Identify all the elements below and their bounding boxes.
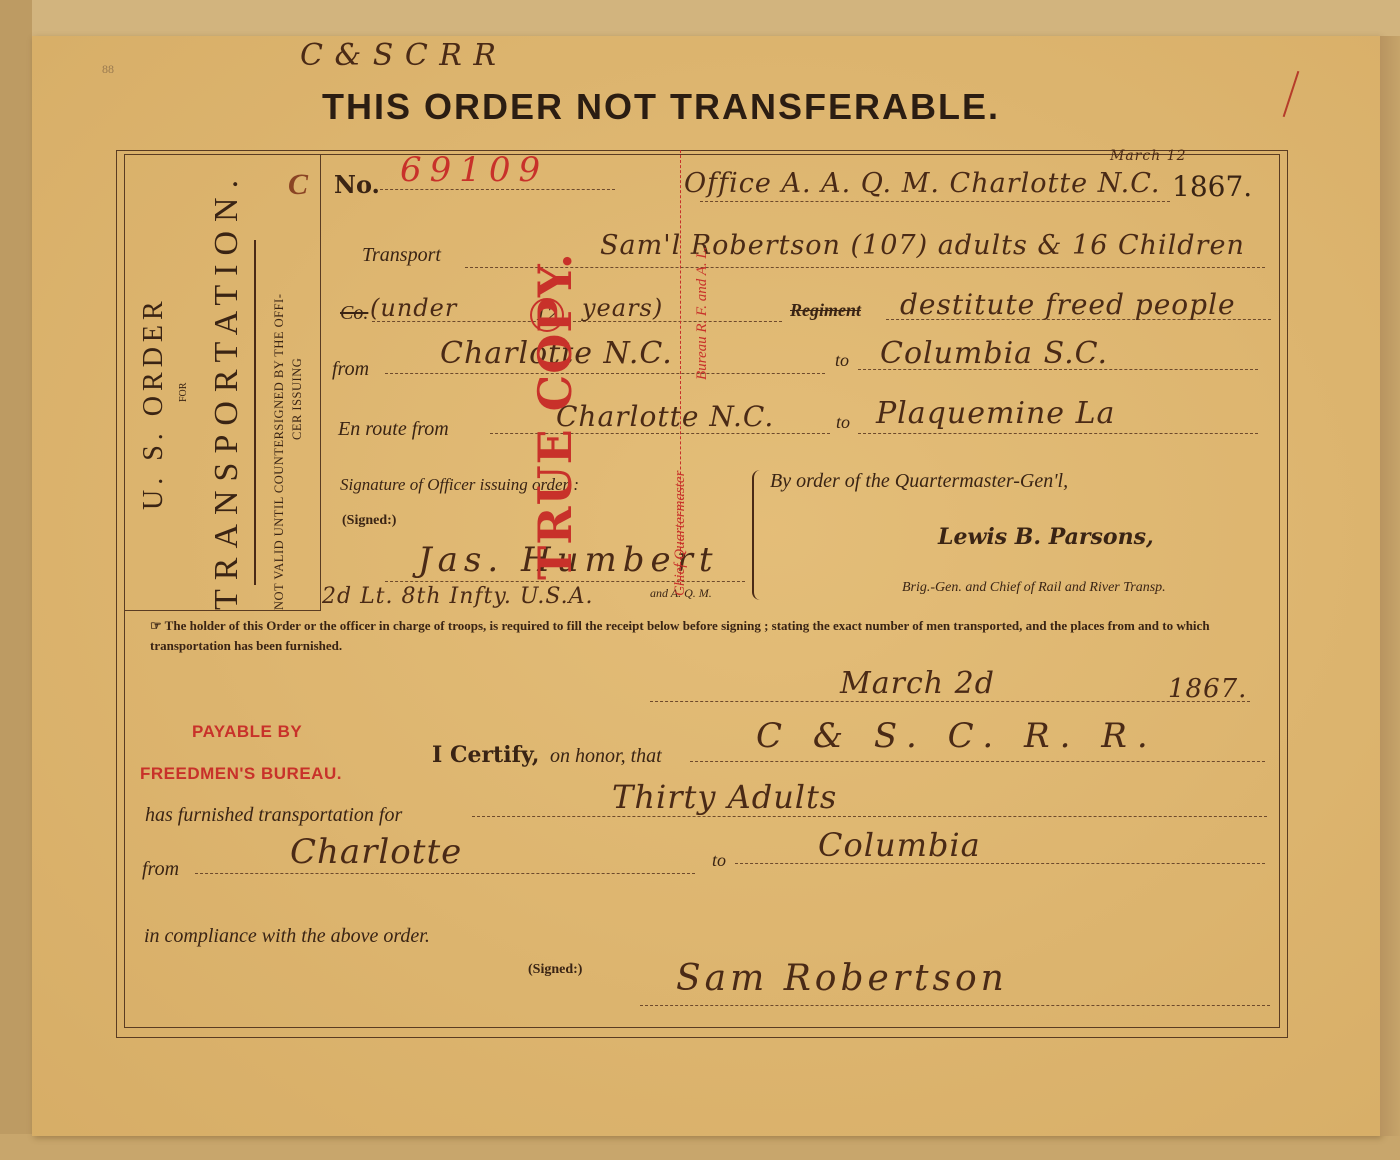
series-letter: C <box>288 168 308 202</box>
to-value: Columbia S.C. <box>880 336 1108 371</box>
office-line <box>700 200 1170 202</box>
title-transportation: TRANSPORTATION. <box>208 171 246 610</box>
enroute-label: En route from <box>338 418 449 441</box>
co-label: Co. <box>340 302 368 325</box>
receipt-signature: Sam Robertson <box>676 958 1008 999</box>
order-number: 69109 <box>400 150 548 190</box>
chief-qm-stamp-line2: Bureau R. F. and A. L. <box>694 247 711 380</box>
receipt-from-value: Charlotte <box>290 832 462 872</box>
receipt-signed-label: (Signed:) <box>528 962 582 978</box>
enroute-from-value: Charlotte N.C. <box>556 400 774 433</box>
to-label: to <box>835 350 849 371</box>
title-us-order: U. S. ORDER <box>138 296 170 510</box>
furnished-label: has furnished transportation for <box>145 804 402 827</box>
certify-rest: on honor, that <box>550 745 662 768</box>
ornament-rule <box>254 240 256 585</box>
receipt-from-line <box>195 872 695 874</box>
receipt-to-label: to <box>712 850 726 871</box>
payable-by-stamp: PAYABLE BY <box>192 722 302 742</box>
background-bottom <box>0 1134 1400 1160</box>
officer-title-handwritten: 2d Lt. 8th Infty. U.S.A. <box>322 584 594 609</box>
enroute-to-label: to <box>836 412 850 433</box>
background-left <box>0 0 32 1160</box>
signatory-name: Lewis B. Parsons, <box>938 524 1154 550</box>
office-value: Office A. A. Q. M. Charlotte N.C. <box>684 168 1161 199</box>
officer-signed-label: (Signed:) <box>342 513 396 529</box>
furnished-line <box>472 815 1267 817</box>
chief-qm-stamp-line1: Chief Quartermaster <box>672 471 689 596</box>
by-order-text: By order of the Quartermaster-Gen'l, <box>770 470 1068 493</box>
enroute-to-line <box>858 432 1258 434</box>
receipt-notice: ☞ The holder of this Order or the office… <box>150 616 1270 656</box>
regiment-label: Regiment <box>790 300 861 321</box>
year-printed: 1867. <box>1172 170 1252 203</box>
receipt-date: March 2d <box>840 666 995 701</box>
validity-note-line1: NOT VALID UNTIL COUNTERSIGNED BY THE OFF… <box>272 294 287 610</box>
regiment-value: destitute freed people <box>900 288 1236 321</box>
compliance-text: in compliance with the above order. <box>144 925 430 948</box>
receipt-from-label: from <box>142 858 179 881</box>
receipt-signature-line <box>640 1004 1270 1006</box>
number-label: No. <box>334 170 380 199</box>
top-annotation: C & S C R R <box>300 38 497 73</box>
carrier-value: C & S. C. R. R. <box>756 716 1158 756</box>
background-top <box>0 0 1400 40</box>
signatory-title: Brig.-Gen. and Chief of Rail and River T… <box>902 580 1166 596</box>
from-line <box>385 372 825 374</box>
certify-label: I Certify, <box>432 742 539 768</box>
header-title: THIS ORDER NOT TRANSFERABLE. <box>322 86 1000 128</box>
receipt-to-value: Columbia <box>818 826 981 864</box>
carrier-line <box>690 760 1265 762</box>
punch-number: 88 <box>102 62 114 77</box>
title-for: FOR <box>178 383 189 402</box>
receipt-year: 1867. <box>1168 674 1247 704</box>
co-value: (under <box>370 294 457 322</box>
transport-line <box>465 266 1265 268</box>
true-copy-stamp: TRUE COPY. <box>528 252 582 580</box>
from-label: from <box>332 358 369 381</box>
furnished-value: Thirty Adults <box>612 778 837 816</box>
paper-edge-shadow <box>1380 36 1400 1136</box>
officer-signature-line <box>385 580 745 582</box>
co-value-end: years) <box>582 294 663 322</box>
date-above: March 12 <box>1110 148 1187 164</box>
brace <box>752 470 764 600</box>
transport-label: Transport <box>362 244 441 267</box>
pointing-hand-icon: ☞ <box>150 618 165 633</box>
notice-text: The holder of this Order or the officer … <box>150 618 1210 653</box>
freedmens-bureau-stamp: FREEDMEN'S BUREAU. <box>140 764 342 784</box>
validity-note-line2: CER ISSUING <box>290 358 305 440</box>
receipt-to-line <box>735 862 1265 864</box>
enroute-to-value: Plaquemine La <box>876 396 1115 431</box>
